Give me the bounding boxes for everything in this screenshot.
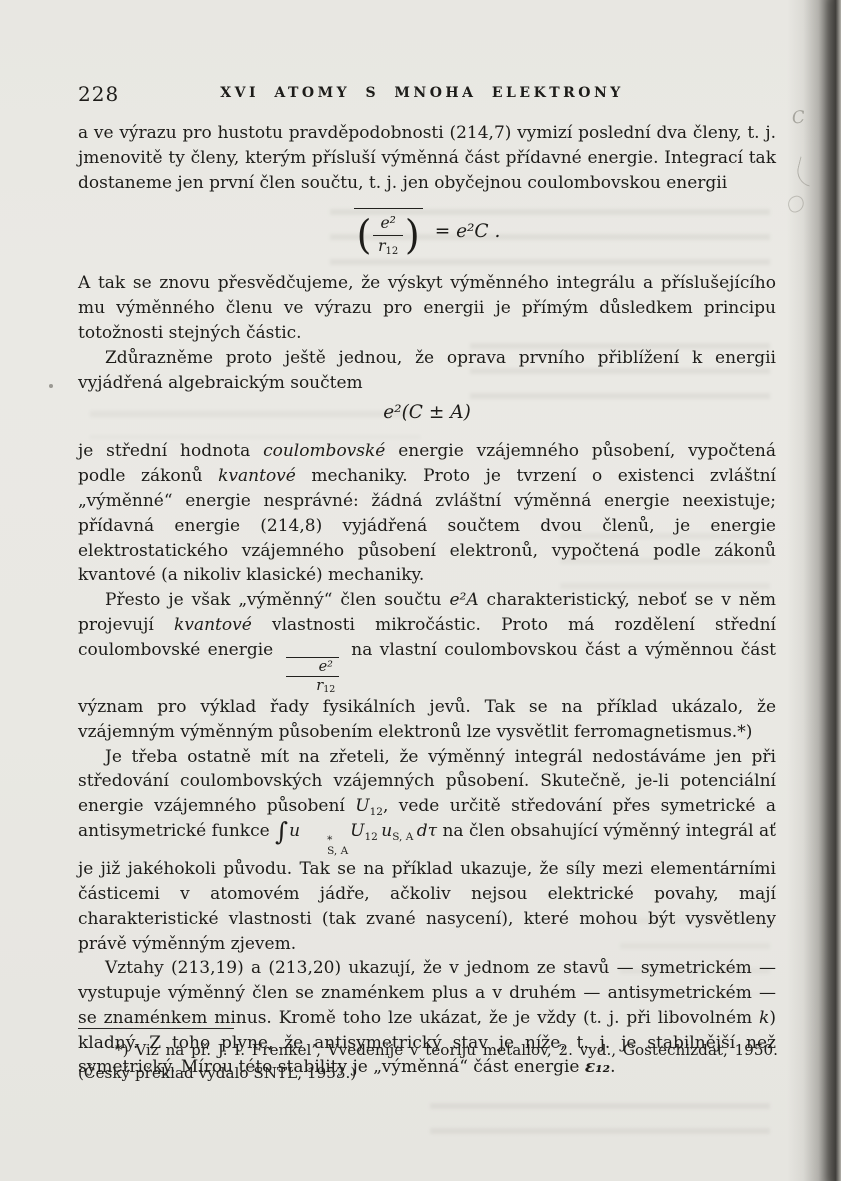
display-formula-e2CA: e²(C ± A) (78, 401, 776, 429)
display-formula-mean-coulomb: (e²r12) = e²C . (78, 204, 776, 260)
paragraph-3: Zdůrazněme proto ještě jednou, že oprava… (78, 346, 776, 396)
formula-rhs: = e²C . (435, 220, 501, 245)
inline-integral-expression: ∫u*S, AU12 uS, A dτ (275, 821, 437, 841)
integral-sign: ∫ (275, 817, 288, 846)
page-edge-shadow-inner (827, 0, 833, 1181)
running-title: XVI ATOMY S MNOHA ELEKTRONY (78, 85, 766, 101)
pencil-squiggle (786, 194, 806, 214)
page-edge-shadow (787, 0, 841, 1181)
footnote-text: *) Viz na př. J. I. Frenkel’, Vvedenije … (78, 1039, 778, 1085)
paragraph-2: A tak se znovu přesvědčujeme, že výskyt … (78, 271, 776, 345)
scanned-book-page: 228 XVI ATOMY S MNOHA ELEKTRONY a ve výr… (0, 0, 841, 1181)
footnote: *) Viz na př. J. I. Frenkel’, Vvedenije … (78, 1028, 778, 1085)
page-header: 228 XVI ATOMY S MNOHA ELEKTRONY (78, 82, 776, 106)
bleedthrough-ghost (430, 1090, 770, 1150)
left-paren: ( (357, 218, 372, 252)
footnote-rule (78, 1028, 234, 1029)
paragraph-1: a ve výrazu pro hustotu pravděpodobnosti… (78, 121, 776, 195)
pencil-squiggle (794, 156, 816, 186)
paper-speck (49, 384, 53, 388)
overline-mean: (e²r12) (354, 208, 423, 257)
right-paren: ) (405, 218, 420, 252)
fraction-e2-r12: e²r12 (373, 214, 402, 257)
pencil-mark: C (791, 107, 806, 128)
inline-fraction-e2-r12: e²r12 (286, 657, 339, 695)
paragraph-4: je střední hodnota coulombovské energie … (78, 439, 776, 588)
body-text: a ve výrazu pro hustotu pravděpodobnosti… (78, 121, 776, 1080)
paragraph-6: Je třeba ostatně mít na zřeteli, že výmě… (78, 745, 776, 957)
paragraph-5: Přesto je však „výměnný“ člen součtu e²A… (78, 588, 776, 745)
